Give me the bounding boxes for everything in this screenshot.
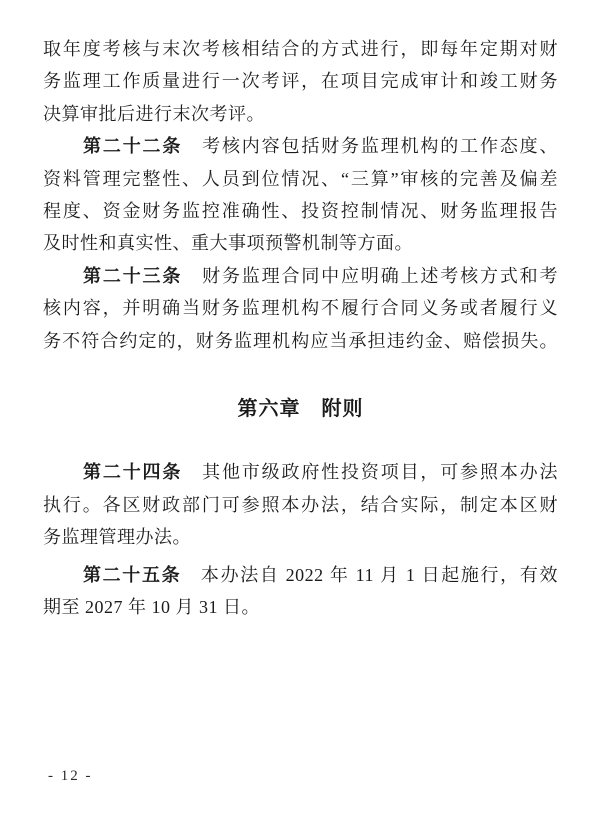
text-line: 第二十四条 其他市级政府性投资项目，可参照本办法 bbox=[43, 456, 558, 488]
text-line: 务监理管理办法。 bbox=[43, 521, 558, 553]
document-page: 取年度考核与末次考核相结合的方式进行，即每年定期对财 务监理工作质量进行一次考评… bbox=[0, 0, 603, 827]
chapter-heading: 第六章 附则 bbox=[43, 393, 558, 425]
text-line: 及时性和真实性、重大事项预警机制等方面。 bbox=[43, 227, 558, 259]
text-line: 执行。各区财政部门可参照本办法，结合实际，制定本区财 bbox=[43, 489, 558, 521]
article-24-text: 其他市级政府性投资项目，可参照本办法 bbox=[182, 462, 558, 482]
article-25-number: 第二十五条 bbox=[83, 565, 181, 585]
paragraph-article-23: 第二十三条 财务监理合同中应明确上述考核方式和考 核内容，并明确当财务监理机构不… bbox=[43, 260, 558, 357]
text-line: 核内容，并明确当财务监理机构不履行合同义务或者履行义 bbox=[43, 292, 558, 324]
article-23-number: 第二十三条 bbox=[83, 266, 182, 286]
text-line: 务监理工作质量进行一次考评，在项目完成审计和竣工财务 bbox=[43, 65, 558, 97]
paragraph-continuation: 取年度考核与末次考核相结合的方式进行，即每年定期对财 务监理工作质量进行一次考评… bbox=[43, 33, 558, 130]
article-22-text: 考核内容包括财务监理机构的工作态度、 bbox=[182, 136, 558, 156]
text-line: 资料管理完整性、人员到位情况、“三算”审核的完善及偏差 bbox=[43, 163, 558, 195]
text-line: 程度、资金财务监控准确性、投资控制情况、财务监理报告 bbox=[43, 195, 558, 227]
paragraph-article-24: 第二十四条 其他市级政府性投资项目，可参照本办法 执行。各区财政部门可参照本办法… bbox=[43, 456, 558, 553]
paragraph-article-22: 第二十二条 考核内容包括财务监理机构的工作态度、 资料管理完整性、人员到位情况、… bbox=[43, 130, 558, 260]
document-body: 取年度考核与末次考核相结合的方式进行，即每年定期对财 务监理工作质量进行一次考评… bbox=[43, 0, 558, 624]
text-line: 取年度考核与末次考核相结合的方式进行，即每年定期对财 bbox=[43, 33, 558, 65]
text-line: 第二十三条 财务监理合同中应明确上述考核方式和考 bbox=[43, 260, 558, 292]
article-24-number: 第二十四条 bbox=[83, 462, 182, 482]
article-22-number: 第二十二条 bbox=[83, 136, 182, 156]
page-number: - 12 - bbox=[48, 768, 93, 785]
paragraph-article-25: 第二十五条 本办法自 2022 年 11 月 1 日起施行，有效 期至 2027… bbox=[43, 559, 558, 624]
text-line: 决算审批后进行末次考评。 bbox=[43, 98, 558, 130]
text-line: 第二十五条 本办法自 2022 年 11 月 1 日起施行，有效 bbox=[43, 559, 558, 591]
article-25-text: 本办法自 2022 年 11 月 1 日起施行，有效 bbox=[181, 565, 558, 585]
article-23-text: 财务监理合同中应明确上述考核方式和考 bbox=[182, 266, 558, 286]
text-line: 期至 2027 年 10 月 31 日。 bbox=[43, 591, 558, 623]
text-line: 第二十二条 考核内容包括财务监理机构的工作态度、 bbox=[43, 130, 558, 162]
text-line: 务不符合约定的，财务监理机构应当承担违约金、赔偿损失。 bbox=[43, 325, 558, 357]
